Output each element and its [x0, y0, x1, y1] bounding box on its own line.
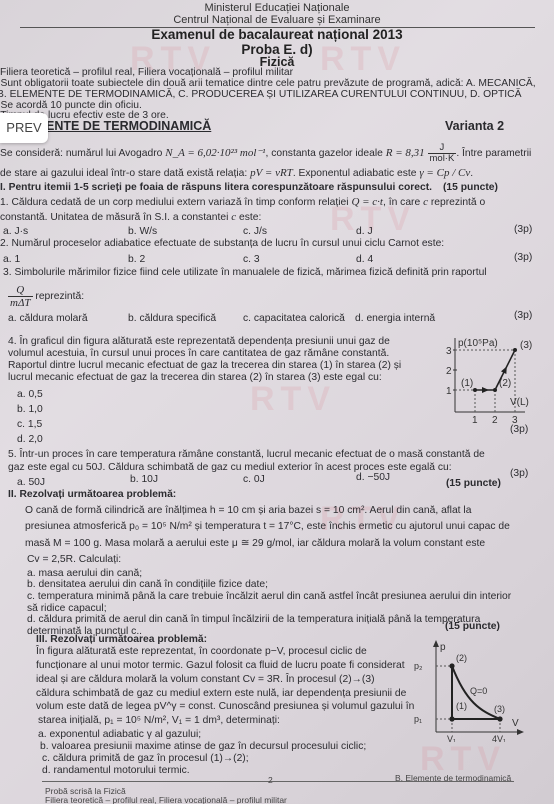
q4-line: lucrul mecanic efectuat de gaz la trecer…: [8, 372, 382, 383]
filiera-line: Filiera teoretică – profilul real, Filie…: [0, 67, 293, 78]
q2-option-d: d. 4: [356, 254, 373, 265]
watermark: RTV: [250, 380, 336, 419]
svg-text:(3): (3): [520, 340, 532, 351]
svg-text:1: 1: [446, 386, 452, 397]
q1-option-d: d. J: [356, 226, 373, 237]
part3-line: ideal și are căldura molară la volum con…: [36, 674, 375, 685]
part2-item-a: a. masa aerului din cană;: [27, 568, 142, 579]
q2-text: 2. Numărul proceselor adiabatice efectua…: [0, 238, 444, 249]
variant-label: Varianta 2: [445, 119, 504, 133]
part3-item-d: d. randamentul motorului termic.: [42, 765, 190, 776]
part2-line: Cv = 2,5R. Calculați:: [27, 554, 121, 565]
part2-points: (15 puncte): [446, 478, 501, 489]
part3-points: (15 puncte): [445, 621, 500, 632]
part3-line: În figura alăturată este reprezentat, în…: [36, 646, 367, 657]
svg-text:p: p: [440, 642, 446, 653]
part2-item-c: c. temperatura minimă până la care trebu…: [27, 591, 511, 602]
q4-option-a: a. 0,5: [17, 389, 43, 400]
q4-option-b: b. 1,0: [17, 404, 43, 415]
q4-points: (3p): [510, 424, 528, 435]
q2-option-b: b. 2: [128, 254, 145, 265]
svg-text:(2): (2): [456, 653, 467, 663]
q3-text: 3. Simbolurile mărimilor fizice fiind ce…: [3, 267, 487, 278]
q1-option-c: c. J/s: [243, 226, 267, 237]
q2-option-c: c. 3: [243, 254, 260, 265]
part3-item-c: c. căldura primită de gaz în procesul (1…: [42, 753, 249, 764]
part2-line: presiunea atmosferică p₀ = 10⁵ N/m² și t…: [25, 521, 510, 532]
footer-right: B. Elemente de termodinamică: [395, 773, 511, 783]
q4-line: volumul acestuia, în cursul unui proces …: [8, 348, 389, 359]
svg-text:(3): (3): [494, 704, 505, 714]
q5-points: (3p): [510, 468, 528, 479]
q5-option-d: d. −50J: [356, 472, 390, 483]
q3-cycle-graph: pVp₂p₁V₁4V₁(1)(2)(3)Q=0: [410, 636, 554, 742]
q4-option-c: c. 1,5: [17, 419, 42, 430]
page-number: 2: [268, 775, 273, 785]
part3-item-a: a. exponentul adiabatic γ al gazului;: [38, 729, 201, 740]
q5-line-1: 5. Într-un proces în care temperatura ră…: [8, 449, 485, 460]
q5-option-b: b. 10J: [130, 474, 158, 485]
part2-heading: II. Rezolvați următoarea problemă:: [8, 489, 176, 500]
svg-text:p(10⁵Pa): p(10⁵Pa): [458, 338, 498, 349]
q4-line: Raportul dintre lucrul mecanic efectuat …: [8, 360, 401, 371]
part2-line: O cană de formă cilindrică are înălțimea…: [25, 505, 471, 516]
q3-option-a: a. căldura molară: [8, 313, 88, 324]
rule-line: • Sunt obligatorii toate subiectele din …: [0, 78, 536, 89]
svg-text:3: 3: [446, 346, 452, 357]
svg-text:p₁: p₁: [414, 714, 422, 724]
q3-option-b: b. căldura specifică: [128, 313, 216, 324]
q1-line-1: 1. Căldura cedată de un corp mediului ex…: [0, 196, 485, 208]
rule-line: B. ELEMENTE DE TERMODINAMICĂ, C. PRODUCE…: [0, 89, 521, 100]
q1-line-2: constantă. Unitatea de măsură în S.I. a …: [0, 211, 261, 223]
exam-page: RTV RTV RTV RTV RTV RTV Ministerul Educa…: [0, 0, 554, 804]
q1-option-a: a. J·s: [3, 226, 28, 237]
q5-option-a: a. 50J: [17, 477, 45, 488]
svg-text:1: 1: [472, 415, 478, 425]
center-name: Centrul Național de Evaluare și Examinar…: [0, 14, 554, 26]
part1-points: (15 puncte): [443, 182, 498, 193]
constants-line-2: de stare ai gazului ideal într-o stare d…: [0, 167, 473, 179]
part3-item-b: b. valoarea presiunii maxime atinse de g…: [40, 741, 366, 752]
svg-text:4V₁: 4V₁: [492, 734, 506, 742]
footer-left-2: Filiera teoretică – profilul real, Filie…: [45, 795, 287, 804]
part1-heading: I. Pentru itemii 1-5 scrieți pe foaia de…: [0, 182, 432, 193]
q5-option-c: c. 0J: [243, 474, 265, 485]
svg-text:(1): (1): [456, 701, 467, 711]
part3-line: funcționare al unui motor termic. Gazul …: [36, 660, 405, 671]
part3-line: starea inițială, p₁ = 10⁵ N/m², V₁ = 1 d…: [38, 715, 280, 726]
part3-line: căldura schimbată de gaz cu mediul exter…: [36, 688, 406, 699]
svg-text:V₁: V₁: [447, 734, 456, 742]
q3-option-d: d. energia internă: [355, 313, 435, 324]
q2-option-a: a. 1: [3, 254, 20, 265]
q4-line: 4. În graficul din figura alăturată este…: [8, 336, 390, 347]
svg-text:2: 2: [492, 415, 498, 425]
q3-option-c: c. capacitatea calorică: [243, 313, 345, 324]
prev-button[interactable]: PREV: [0, 113, 48, 143]
q3-points: (3p): [514, 310, 532, 321]
part3-line: volum este dată de legea pV^γ = const. C…: [36, 701, 414, 712]
part2-item-b: b. densitatea aerului din cană în condiț…: [27, 579, 268, 590]
q4-option-d: d. 2,0: [17, 434, 43, 445]
q2-points: (3p): [514, 252, 532, 263]
ministry-name: Ministerul Educației Naționale: [0, 2, 554, 14]
svg-text:p₂: p₂: [414, 661, 423, 671]
svg-text:V(L): V(L): [510, 397, 529, 408]
q4-pv-graph: p(10⁵Pa) V(L) 123123 (1)(2)(3): [400, 330, 554, 425]
q3-fraction-line: QmΔT reprezintă:: [8, 284, 84, 309]
part3-heading: III. Rezolvați următoarea problemă:: [36, 634, 207, 645]
svg-text:2: 2: [446, 366, 452, 377]
section-title: ENTE DE TERMODINAMICĂ: [46, 119, 211, 133]
svg-text:Q=0: Q=0: [470, 686, 487, 696]
exam-title: Examenul de bacalaureat național 2013: [0, 27, 554, 42]
part2-line: masă M = 100 g. Masa molară a aerului es…: [25, 537, 485, 549]
part2-item-d: d. căldura primită de aerul din cană în …: [27, 614, 480, 625]
q1-points: (3p): [514, 224, 532, 235]
svg-text:(1): (1): [461, 378, 473, 389]
part2-item-c-cont: să ridice capacul;: [27, 603, 107, 614]
svg-text:3: 3: [512, 415, 518, 425]
q1-option-b: b. W/s: [128, 226, 157, 237]
svg-text:V: V: [512, 718, 519, 729]
constants-line-1: Se consideră: numărul lui Avogadro N_A =…: [0, 143, 531, 164]
svg-text:(2): (2): [499, 378, 511, 389]
